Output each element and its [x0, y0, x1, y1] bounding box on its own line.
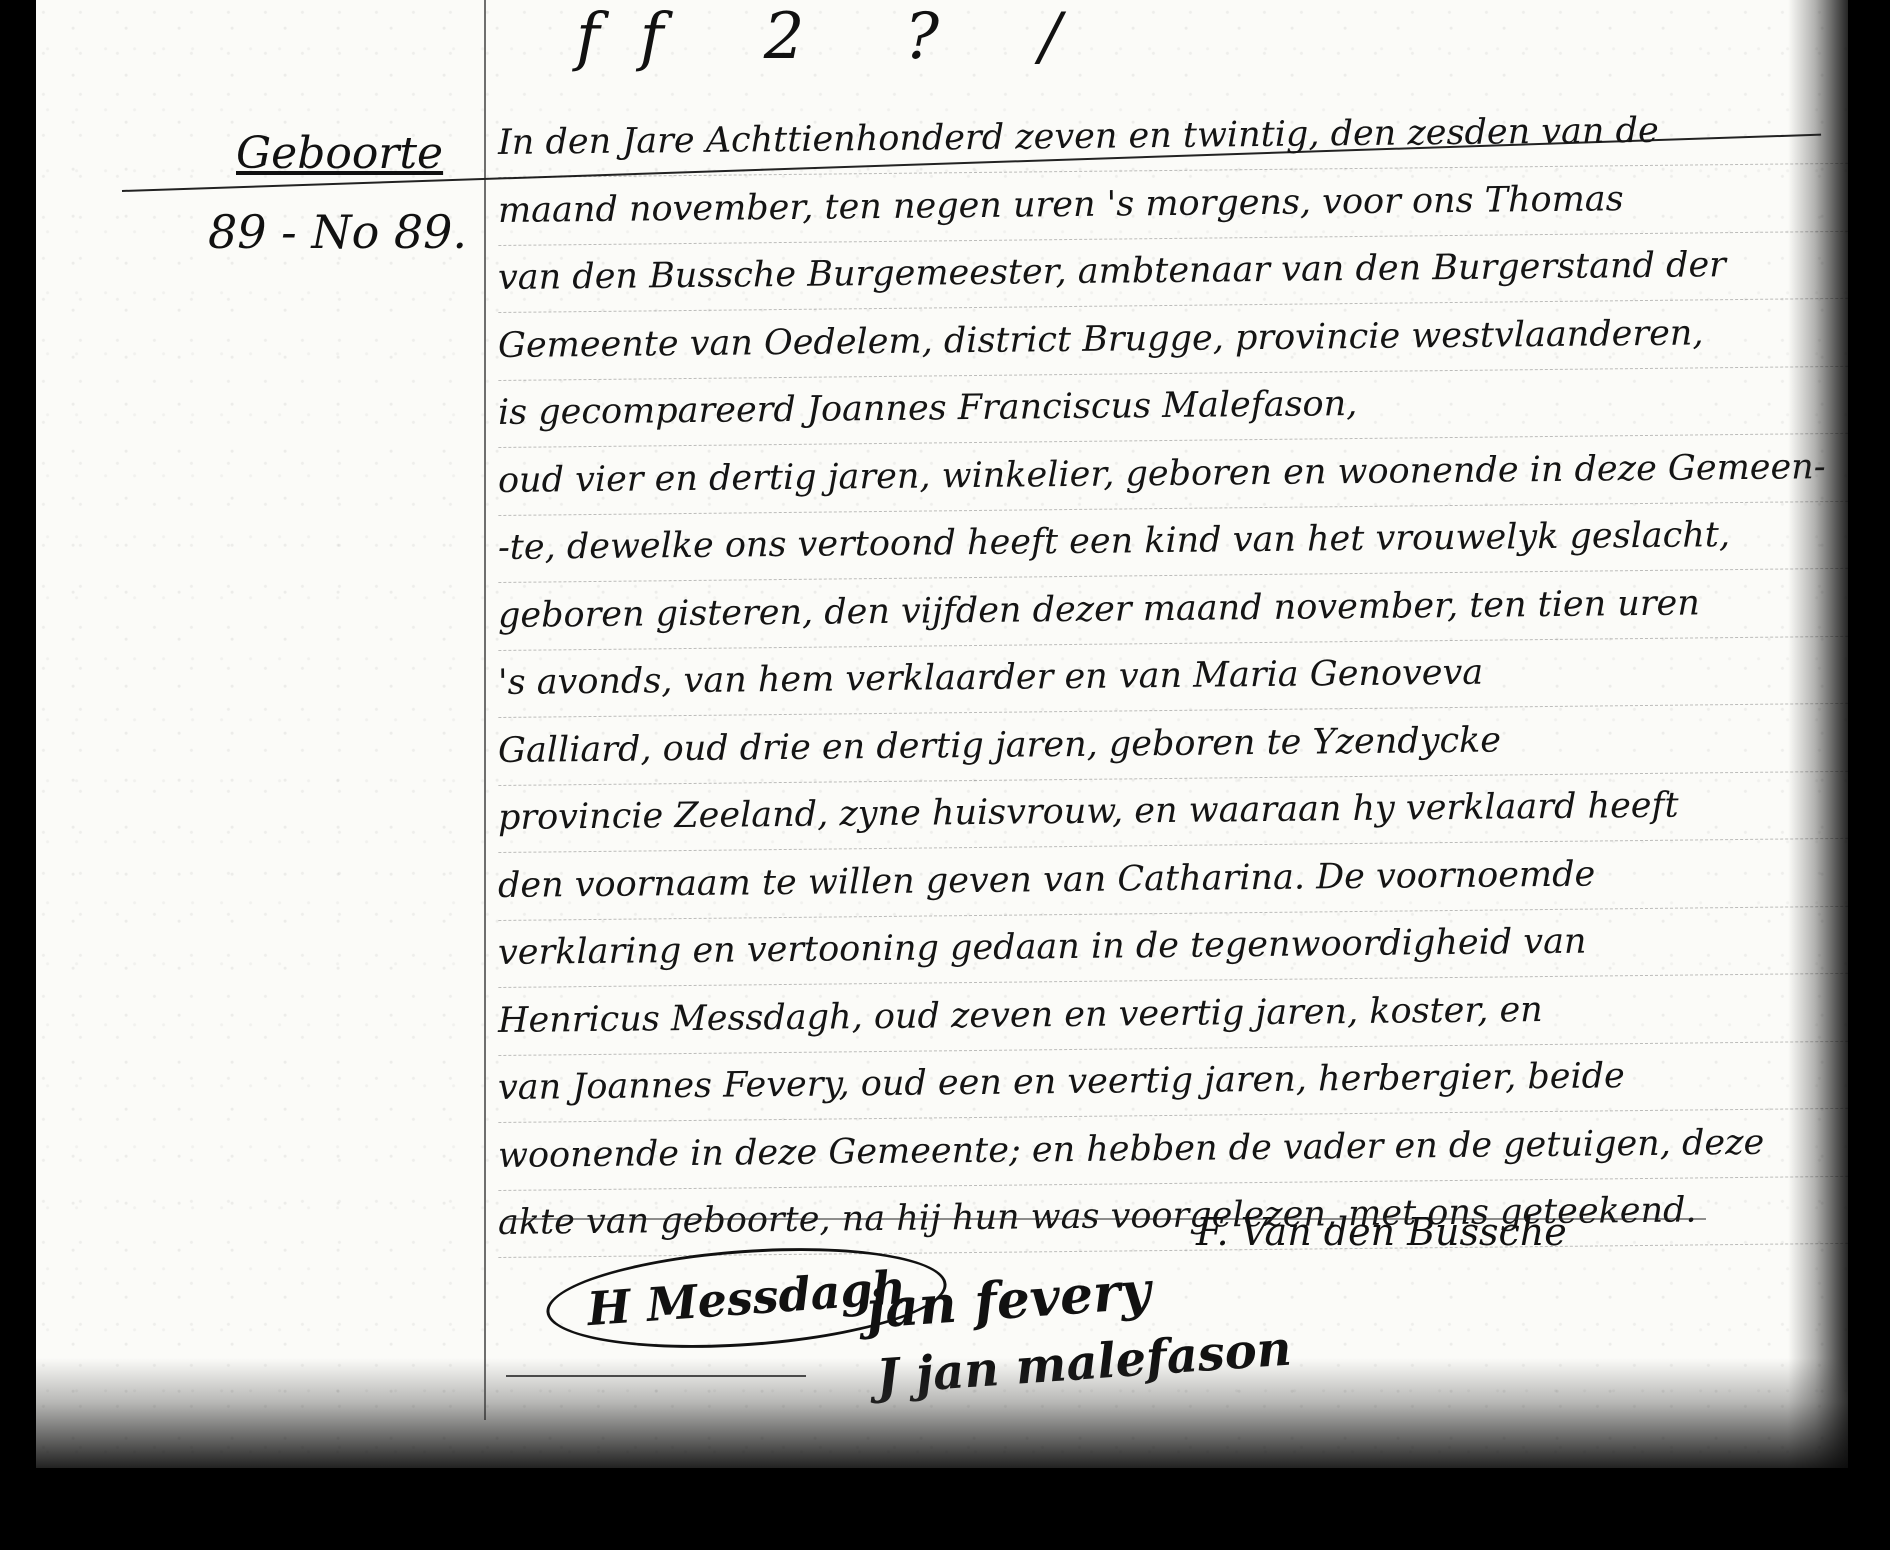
scan-edge-shadow-right: [1788, 0, 1848, 1468]
document-page: ff 2 ? / Geboorte 89 - No 89. In den Jar…: [36, 0, 1848, 1468]
signature-area: F. Van den Bussche H Messdagh jan fevery…: [36, 0, 1848, 1468]
scan-edge-shadow-bottom: [36, 1358, 1848, 1468]
signature-mayor: F. Van den Bussche: [1196, 1210, 1567, 1254]
